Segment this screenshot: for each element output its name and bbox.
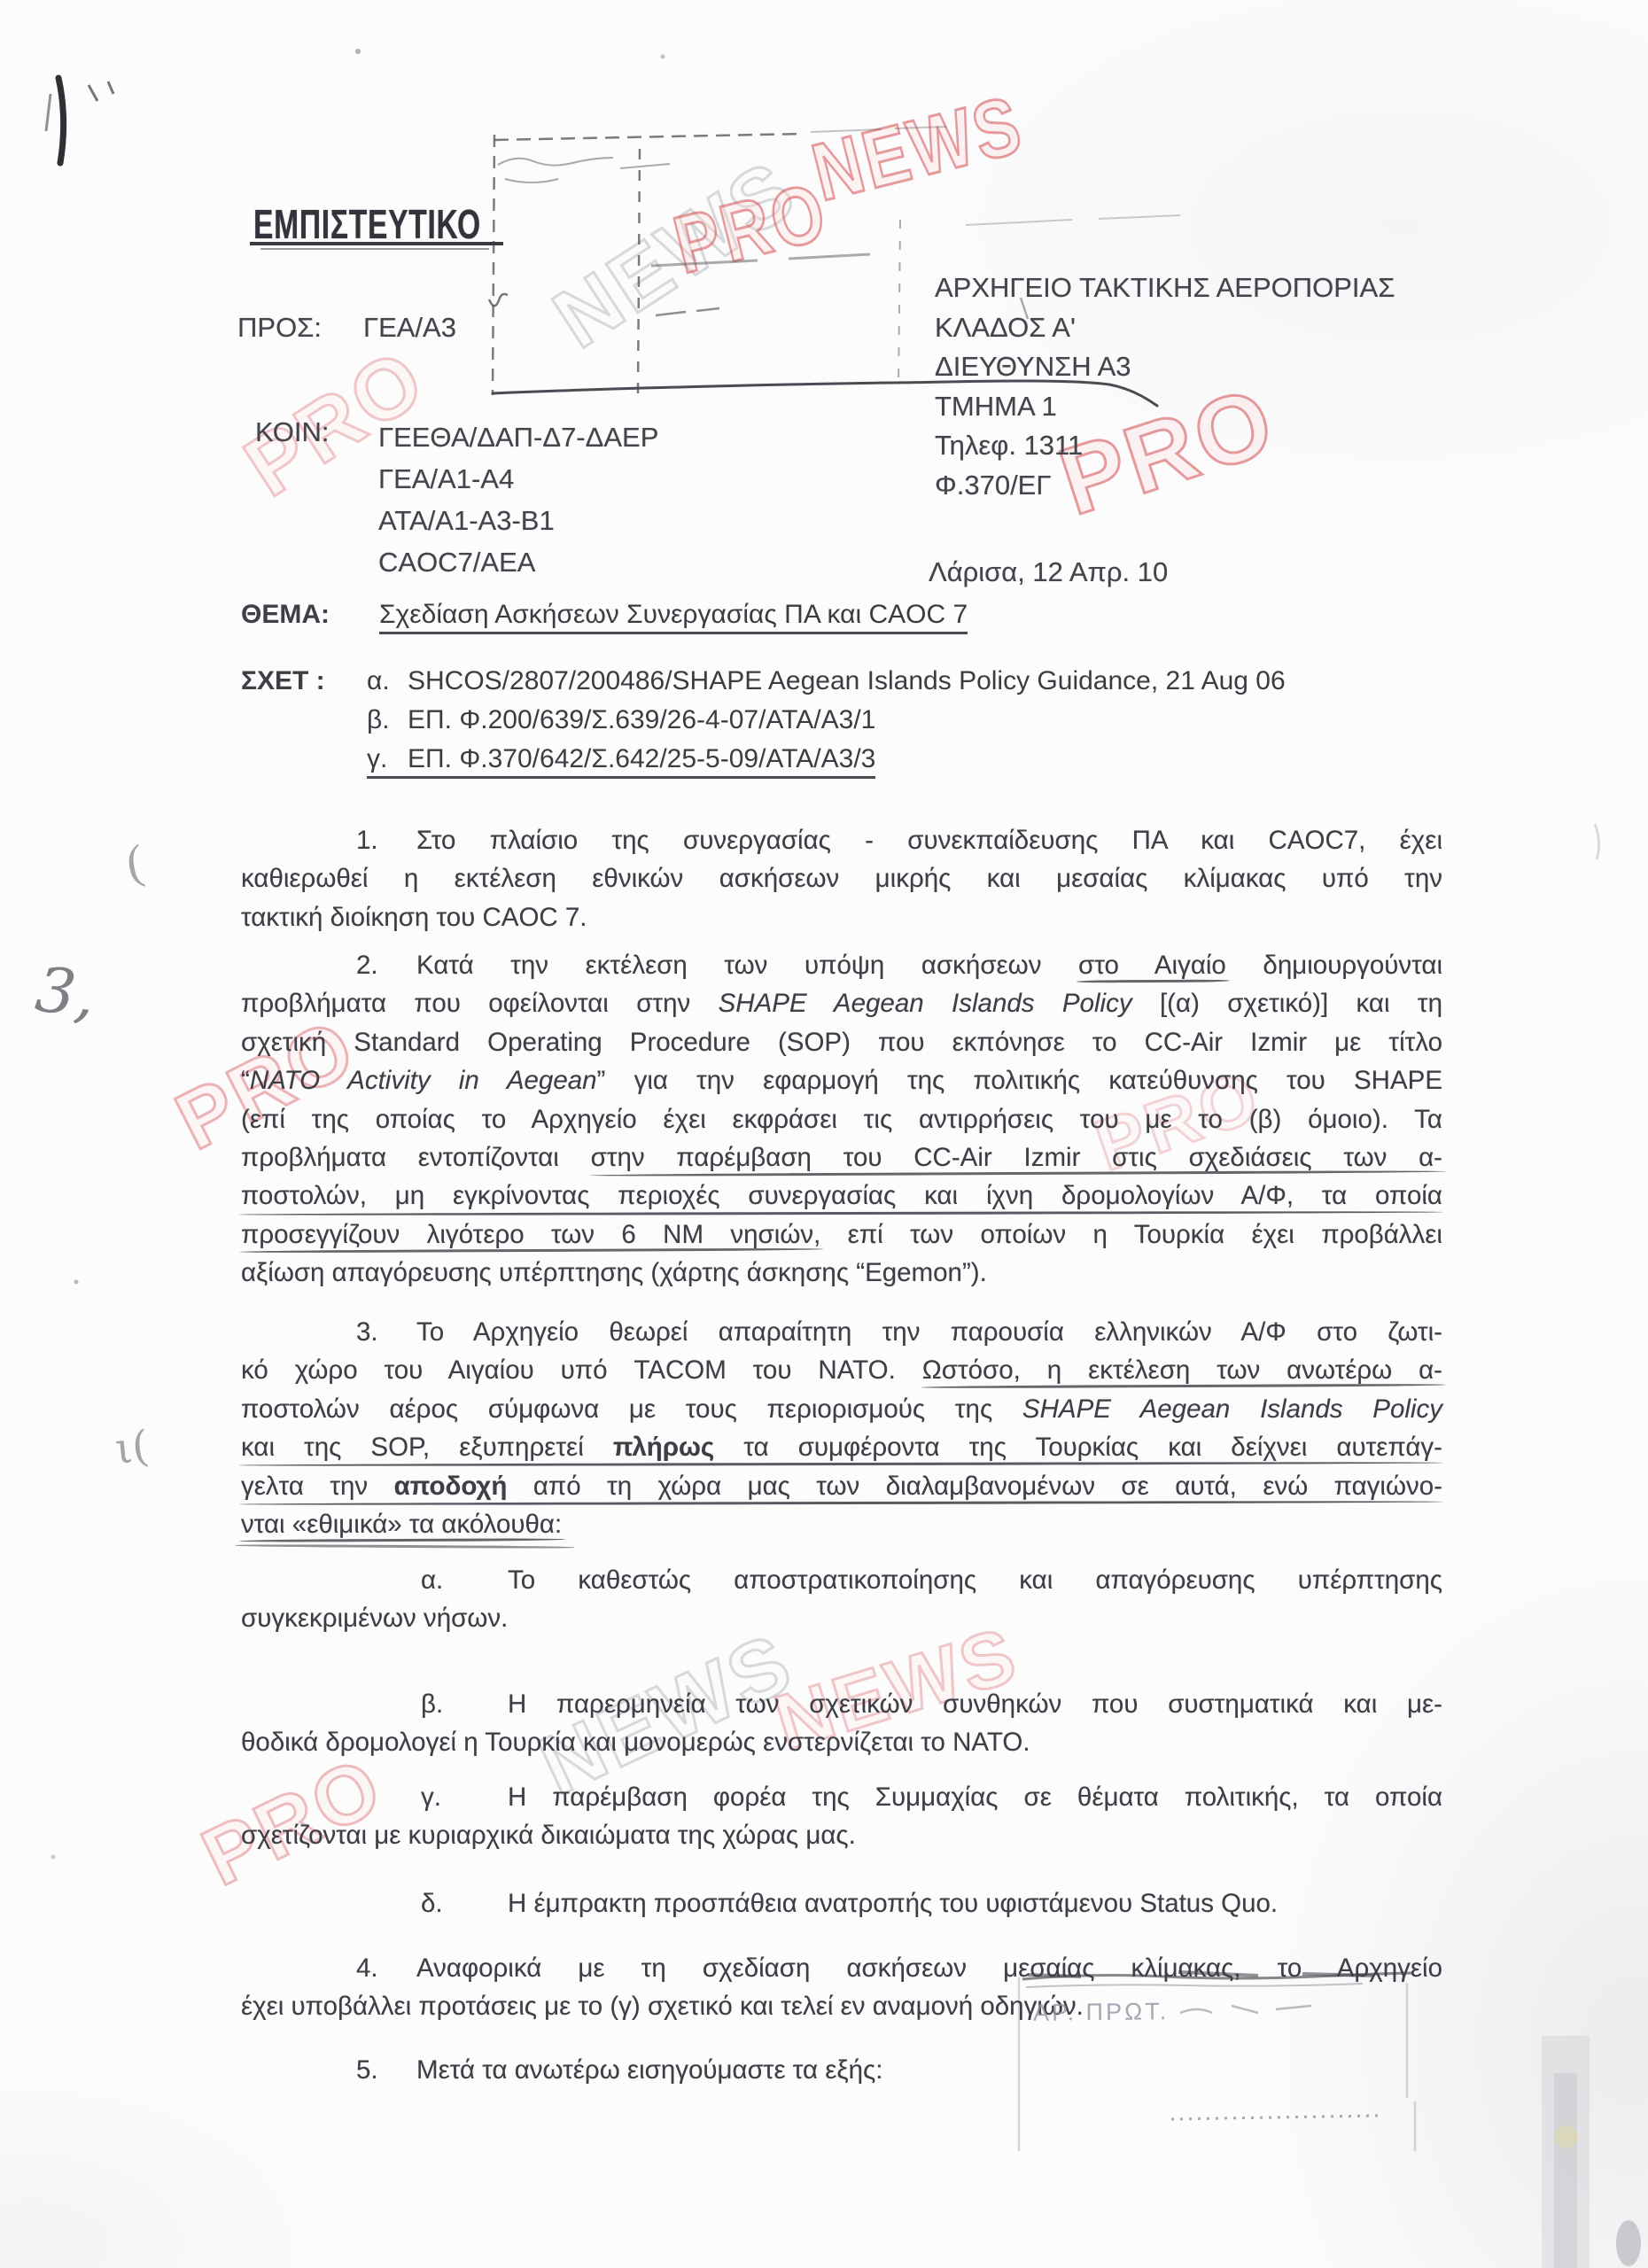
text-line: “NATO Activity in Aegean” για την εφαρμο… [241,1061,1442,1099]
references-block: ΣΧΕΤ : α.SHCOS/2807/200486/SHAPE Aegean … [241,662,1286,779]
paragraph-2: 2.Κατά την εκτέλεση των υπόψη ασκήσεων σ… [241,946,1442,1293]
reference-index: β. [367,701,408,740]
paper-stain [1555,2125,1578,2148]
text-line: και της SOP, εξυπηρετεί πλήρως τα συμφέρ… [241,1428,1442,1466]
scanned-document-page: NEWS PRO PRO NEWS PRO PRO PRO NEWS PRO N… [0,0,1648,2268]
watermark-news: NEWS [805,83,1031,214]
text-line: γελτα την αποδοχή από τη χώρα μας των δι… [241,1467,1442,1505]
classification-underline-echo [260,248,489,250]
paragraph-4: 4.Αναφορικά με τη σχεδίαση ασκήσεων μεσα… [241,1949,1442,2026]
subject-label: ΘΕΜΑ: [241,600,379,630]
cc-values: ΓΕΕΘΑ/ΔΑΠ-Δ7-ΔΑΕΡ ΓΕΑ/Α1-Α4 ΑΤΑ/Α1-Α3-Β1… [378,416,658,583]
text-line: σχετίζονται με κυριαρχικά δικαιώματα της… [241,1816,1442,1854]
text-line: 1.Στο πλαίσιο της συνεργασίας - συνεκπαί… [241,821,1442,859]
unit-line: ΑΡΧΗΓΕΙΟ ΤΑΚΤΙΚΗΣ ΑΕΡΟΠΟΡΙΑΣ [935,268,1395,308]
text-line: γ.Η παρέμβαση φορέα της Συμμαχίας σε θέμ… [241,1778,1442,1816]
reference-index: α. [367,662,408,701]
watermark-news: NEWS [540,147,810,363]
reference-text: SHCOS/2807/200486/SHAPE Aegean Islands P… [408,666,1286,695]
item-gamma: γ.Η παρέμβαση φορέα της Συμμαχίας σε θέμ… [241,1778,1442,1855]
cc-label: ΚΟΙΝ: [255,416,329,448]
subject-text: Σχεδίαση Ασκήσεων Συνεργασίας ΠΑ και CAO… [379,600,968,634]
text-line: προβλήματα εντοπίζονται στην παρέμβαση τ… [241,1138,1442,1177]
text-line: ποστολών, μη εγκρίνοντας περιοχές συνεργ… [241,1177,1442,1215]
text-line: 3.Το Αρχηγείο θεωρεί απαραίτητη την παρο… [241,1313,1442,1351]
text-line: σχετική Standard Operating Procedure (SO… [241,1023,1442,1061]
text-line: α.Το καθεστώς αποστρατικοποίησης και απα… [241,1561,1442,1599]
reference-index: γ. [367,740,408,779]
cc-recipient: ΓΕΑ/Α1-Α4 [378,458,658,500]
unit-line: Φ.370/ΕΓ [935,466,1395,506]
text-line: νται «εθιμικά» τα ακόλουθα: [241,1505,1442,1543]
text-line: καθιερωθεί η εκτέλεση εθνικών ασκήσεων μ… [241,859,1442,897]
issuing-unit-block: ΑΡΧΗΓΕΙΟ ΤΑΚΤΙΚΗΣ ΑΕΡΟΠΟΡΙΑΣ ΚΛΑΔΟΣ Α' Δ… [935,268,1395,505]
stamp-scribble [498,158,613,183]
margin-mark: ( [122,835,146,889]
unit-line: Τηλεφ. 1311 [935,426,1395,466]
text-line: έχει υποβάλλει προτάσεις με το (γ) σχετι… [241,1987,1442,2025]
reference-item: β.ΕΠ. Φ.200/639/Σ.639/26-4-07/ΑΤΑ/Α3/1 [241,701,1286,740]
text-line: προσεγγίζουν λιγότερο των 6 NM νησιών, ε… [241,1216,1442,1254]
unit-line: ΚΛΑΔΟΣ Α' [935,308,1395,348]
ink-stroke [58,78,64,163]
reference-item: α.SHCOS/2807/200486/SHAPE Aegean Islands… [241,662,1286,701]
text-line: δ.Η έμπρακτη προσπάθεια ανατροπής του υφ… [241,1884,1442,1922]
text-line: 5.Μετά τα ανωτέρω εισηγούμαστε τα εξής: [241,2051,1442,2089]
place-date: Λάρισα, 12 Απρ. 10 [929,556,1168,588]
reference-text: ΕΠ. Φ.370/642/Σ.642/25-5-09/ΑΤΑ/Α3/3 [408,744,875,773]
text-line: κό χώρο του Αιγαίου υπό TACOM του NATO. … [241,1351,1442,1389]
cc-recipient: CAOC7/ΑΕΑ [378,541,658,583]
reference-underlined: γ.ΕΠ. Φ.370/642/Σ.642/25-5-09/ΑΤΑ/Α3/3 [367,744,875,779]
unit-line: ΔΙΕΥΘΥΝΣΗ Α3 [935,347,1395,387]
classification-underline [250,242,503,245]
margin-handwriting: 3, [32,952,99,1032]
text-line: 2.Κατά την εκτέλεση των υπόψη ασκήσεων σ… [241,946,1442,984]
text-line: (επί της οποίας το Αρχηγείο έχει εκφράσε… [241,1100,1442,1138]
text-line: ποστολών αέρος σύμφωνα με τους περιορισμ… [241,1390,1442,1428]
text-line: 4.Αναφορικά με τη σχεδίαση ασκήσεων μεσα… [241,1949,1442,1987]
text-line: αξίωση απαγόρευσης υπέρπτησης (χάρτης άσ… [241,1254,1442,1292]
text-line: β.Η παρερμηνεία των σχετικών συνθηκών πο… [241,1685,1442,1723]
classification-stamp: ΕΜΠΙΣΤΕΥΤΙΚΟ [253,200,481,248]
text-line: προβλήματα που οφείλονται στην SHAPE Aeg… [241,984,1442,1022]
watermark-pro: PRO [666,170,835,286]
paragraph-5: 5.Μετά τα ανωτέρω εισηγούμαστε τα εξής: [241,2051,1442,2089]
text-line: συγκεκριμένων νήσων. [241,1599,1442,1637]
to-label: ΠΡΟΣ: [237,312,322,344]
handwritten-check [489,294,508,306]
references-label: ΣΧΕΤ : [241,662,325,701]
item-beta: β.Η παρερμηνεία των σχετικών συνθηκών πο… [241,1685,1442,1762]
margin-mark: ι( [113,1421,151,1474]
item-delta: δ.Η έμπρακτη προσπάθεια ανατροπής του υφ… [241,1884,1442,1922]
text-line: θοδικά δρομολογεί η Τουρκία και μονομερώ… [241,1723,1442,1761]
unit-line: ΤΜΗΜΑ 1 [935,387,1395,427]
reference-text: ΕΠ. Φ.200/639/Σ.639/26-4-07/ΑΤΑ/Α3/1 [408,705,875,734]
paragraph-1: 1.Στο πλαίσιο της συνεργασίας - συνεκπαί… [241,821,1442,936]
item-alpha: α.Το καθεστώς αποστρατικοποίησης και απα… [241,1561,1442,1638]
protocol-stamp-label: ΑΡ. ΠΡΩΤ. [1033,1998,1170,2027]
cc-recipient: ΑΤΑ/Α1-Α3-Β1 [378,500,658,541]
cc-recipient: ΓΕΕΘΑ/ΔΑΠ-Δ7-ΔΑΕΡ [378,416,658,458]
reference-item: γ.ΕΠ. Φ.370/642/Σ.642/25-5-09/ΑΤΑ/Α3/3 [241,740,1286,779]
paragraph-3: 3.Το Αρχηγείο θεωρεί απαραίτητη την παρο… [241,1313,1442,1543]
text-line: τακτική διοίκηση του CAOC 7. [241,898,1442,936]
subject-row: ΘΕΜΑ:Σχεδίαση Ασκήσεων Συνεργασίας ΠΑ κα… [241,600,968,630]
to-value: ΓΕΑ/Α3 [363,312,456,344]
